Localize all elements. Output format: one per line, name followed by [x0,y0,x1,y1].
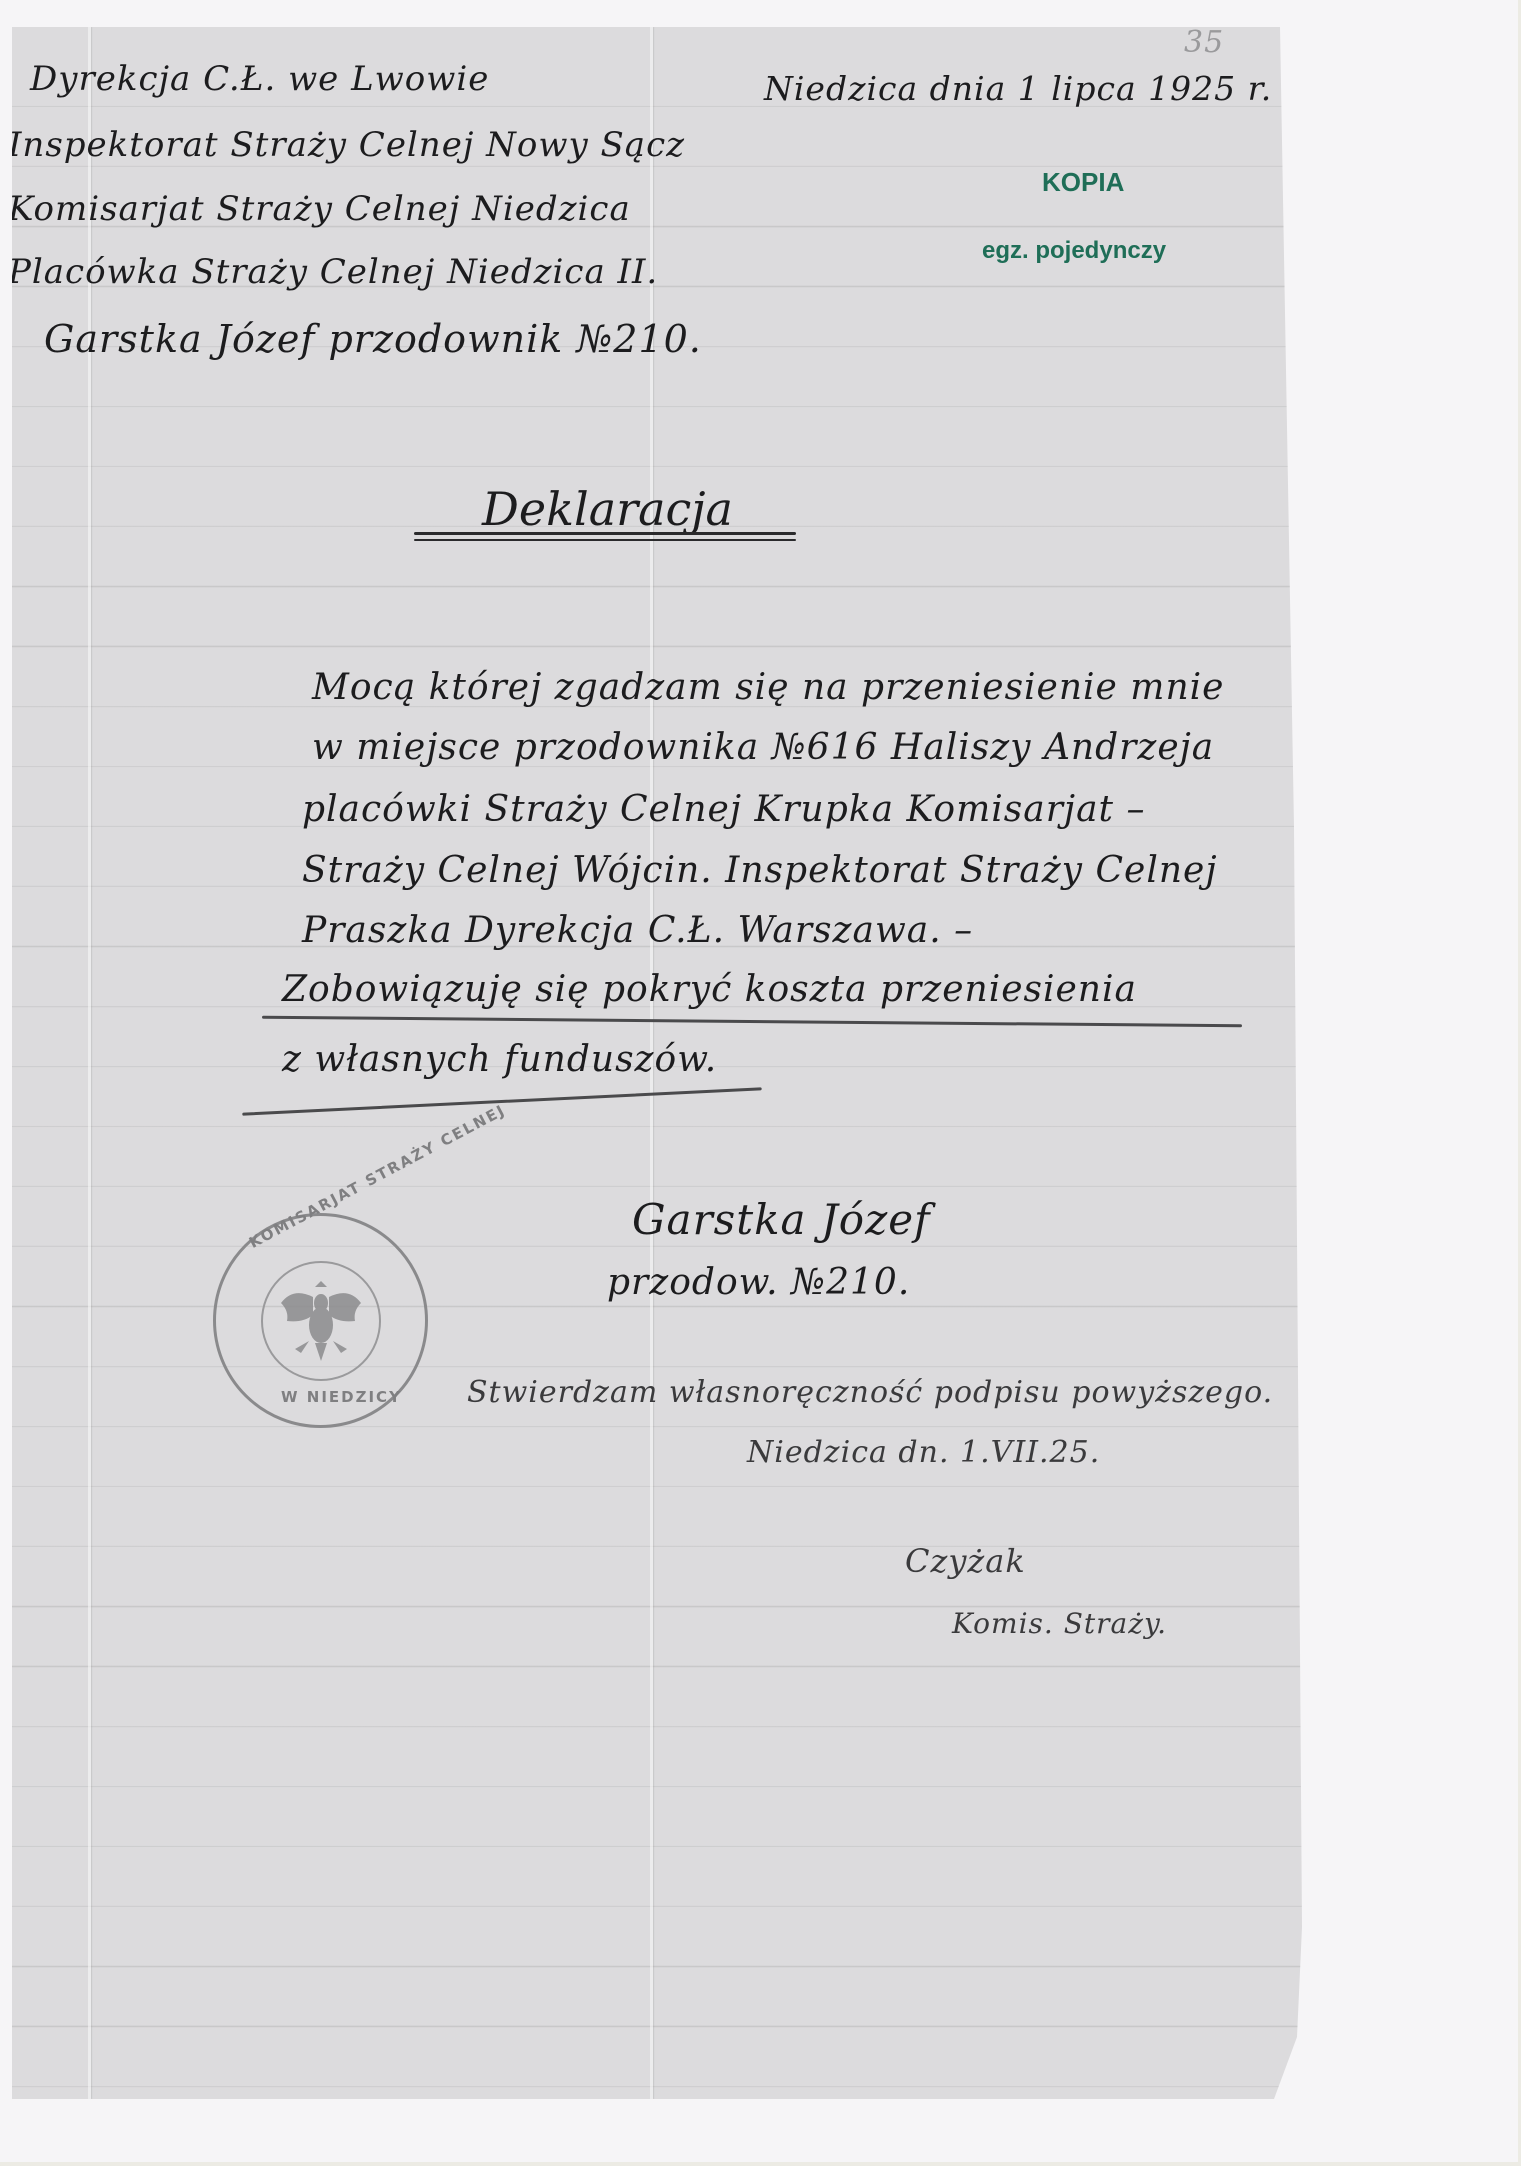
body-line-5: Praszka Dyrekcja C.Ł. Warszawa. – [302,910,973,951]
document-page: 35 Niedzica dnia 1 lipca 1925 r. Dyrekcj… [12,27,1302,2099]
place-date: Niedzica dnia 1 lipca 1925 r. [764,69,1272,108]
official-seal: KOMISARJAT STRAŻY CELNEJ W NIEDZICY [213,1213,428,1428]
certification-line-1: Stwierdzam własnoręczność podpisu powyżs… [467,1375,1273,1410]
header-line-post: Placówka Straży Celnej Niedzica II. [8,252,658,292]
eagle-emblem-icon [263,1263,379,1379]
page-number-pencil: 35 [1184,25,1224,60]
certification-line-2: Niedzica dn. 1.VII.25. [747,1435,1100,1470]
signature-rank: przodow. №210. [607,1262,910,1303]
body-line-2: w miejsce przodownika №616 Haliszy Andrz… [312,727,1214,768]
official-signature-title: Komis. Straży. [952,1607,1167,1640]
title-underline-1 [414,532,796,535]
header-line-directorate: Dyrekcja C.Ł. we Lwowie [30,59,489,99]
copy-stamp-line1: KOPIA [1042,167,1124,198]
document-title: Deklaracja [482,482,733,536]
header-line-author: Garstka Józef przodownik №210. [44,317,702,361]
seal-outer-text: KOMISARJAT STRAŻY CELNEJ [246,1101,509,1252]
body-line-3: placówki Straży Celnej Krupka Komisarjat… [302,789,1145,830]
body-underline-1 [262,1016,1242,1028]
body-line-7: z własnych funduszów. [282,1039,717,1080]
seal-inner-ring [261,1261,381,1381]
body-line-4: Straży Celnej Wójcin. Inspektorat Straży… [302,850,1217,891]
body-line-1: Mocą której zgadzam się na przeniesienie… [312,667,1224,708]
body-line-6: Zobowiązuję się pokryć koszta przeniesie… [282,969,1137,1010]
header-line-commissariat: Komisarjat Straży Celnej Niedzica [8,189,631,229]
header-line-inspectorate: Inspektorat Straży Celnej Nowy Sącz [8,125,685,165]
copy-stamp-line2: egz. pojedynczy [982,237,1166,265]
official-signature-name: Czyżak [905,1542,1026,1580]
title-underline-2 [414,539,796,541]
seal-bottom-text: W NIEDZICY [281,1388,402,1406]
signature-name: Garstka Józef [632,1195,931,1244]
